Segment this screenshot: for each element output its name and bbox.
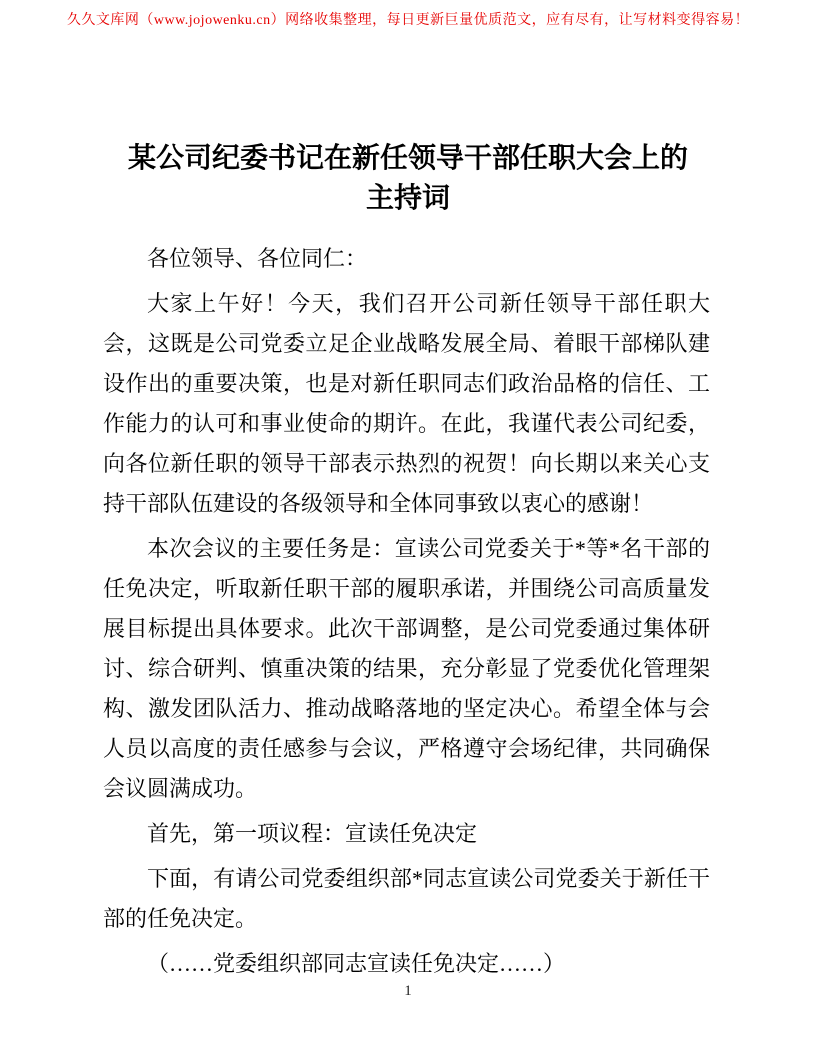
paragraph-salutation: 各位领导、各位同仁： (103, 239, 710, 279)
document-title: 某公司纪委书记在新任领导干部任职大会上的 主持词 (100, 139, 716, 219)
paragraph-first-agenda: 首先，第一项议程：宣读任免决定 (103, 814, 710, 854)
paragraph-greeting: 大家上午好！今天，我们召开公司新任领导干部任职大会，这既是公司党委立足企业战略发… (103, 284, 710, 524)
document-body: 各位领导、各位同仁： 大家上午好！今天，我们召开公司新任领导干部任职大会，这既是… (103, 239, 710, 984)
watermark-header: 久久文库网（www.jojowenku.cn）网络收集整理，每日更新巨量优质范文… (0, 0, 816, 29)
paragraph-invite-reader: 下面，有请公司党委组织部*同志宣读公司党委关于新任干部的任免决定。 (103, 859, 710, 939)
paragraph-meeting-tasks: 本次会议的主要任务是：宣读公司党委关于*等*名干部的任免决定，听取新任职干部的履… (103, 529, 710, 809)
page-number: 1 (0, 983, 816, 1000)
paragraph-stage-direction: （……党委组织部同志宣读任免决定……） (103, 944, 710, 984)
document-title-line-1: 某公司纪委书记在新任领导干部任职大会上的 (100, 139, 716, 179)
document-page: 久久文库网（www.jojowenku.cn）网络收集整理，每日更新巨量优质范文… (0, 0, 816, 1056)
document-title-line-2: 主持词 (100, 179, 716, 219)
